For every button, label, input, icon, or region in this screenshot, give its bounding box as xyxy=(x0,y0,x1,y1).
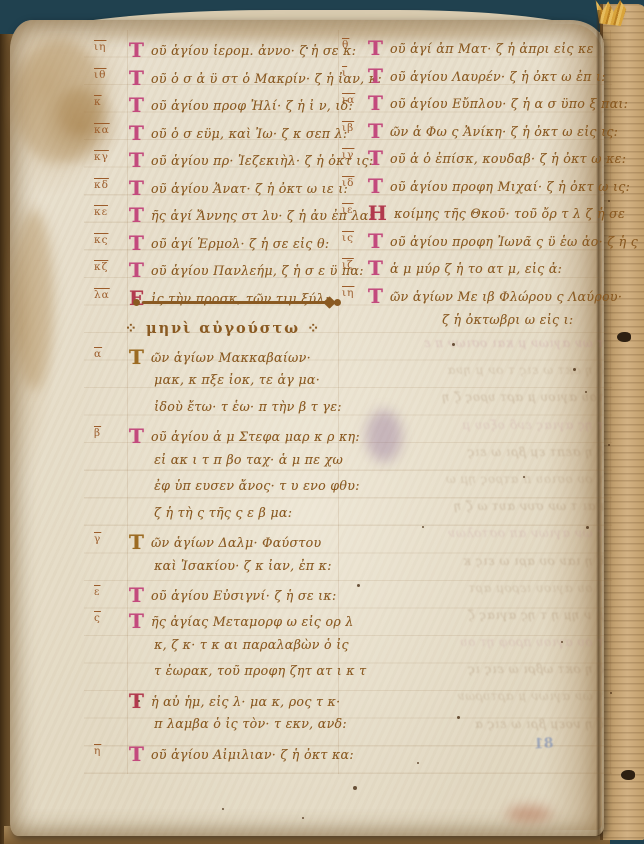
day-number: ιζ xyxy=(342,259,354,271)
page-number-showthrough: 81 xyxy=(534,736,554,753)
speck xyxy=(457,716,460,719)
day-number: λα xyxy=(94,289,110,301)
day-number: κ xyxy=(94,96,102,108)
day-number: ιη xyxy=(94,41,106,53)
day-number: ιδ xyxy=(342,177,354,189)
entry-initial: Τ xyxy=(368,36,383,60)
calendar-entry: η Τ οῦ ἁγίου Αἰμιλιαν· ζ ἡ ὀκτ κα: xyxy=(92,740,358,766)
entry-text: οῦ ὁ σ εϋμ, καὶ Ἰω· ζ κ σεπ λ: xyxy=(151,126,348,141)
calendar-column-august-right: θ Τ οῦ ἁγί ἀπ Ματ· ζ ἡ ἀπρι εἰς κε ι Τ ο… xyxy=(340,34,626,337)
showthrough-line: ζ η νοεμ βρι ω εις α xyxy=(352,717,604,744)
entry-initial: Τ xyxy=(368,229,383,253)
speck xyxy=(561,641,563,643)
speck xyxy=(585,391,587,393)
entry-initial: Τ xyxy=(129,530,144,554)
speck xyxy=(222,808,224,810)
day-number: ιβ xyxy=(342,122,354,134)
speck xyxy=(573,368,576,371)
day-number: θ xyxy=(342,39,349,51)
entry-initial: Τ xyxy=(129,121,144,145)
entry-initial: Τ xyxy=(368,146,383,170)
calendar-entry: ζ ἡ τὴ ς τῆς ς ε β μα: xyxy=(92,502,358,528)
showthrough-line: μ ν ημ η τ ης αγιας ζ xyxy=(352,608,604,635)
speck xyxy=(608,200,610,202)
entry-initial: Τ xyxy=(129,583,144,607)
calendar-entry: ιζ Τ ἁ μ μύρ ζ ἡ το ατ μ, εἰς ἀ: xyxy=(340,254,626,282)
showthrough-line: τ ου αγιου προφ ητ ου xyxy=(352,635,604,662)
calendar-entry: α Τ ῶν ἁγίων Μακκαβαίων· xyxy=(92,343,358,369)
calendar-entry: κ Τ οῦ ἁγίου προφ Ἠλί· ζ ἡ ἰ ν, ιδ: xyxy=(92,91,354,119)
entry-initial: Τ xyxy=(129,258,144,282)
entry-initial: Η xyxy=(368,201,387,225)
calendar-entry: ια Τ οῦ ἁγίου Εὔπλου· ζ ἡ α σ ϋπο ξ παι: xyxy=(340,89,626,117)
entry-text: οῦ ἁγίου Αἰμιλιαν· ζ ἡ ὀκτ κα: xyxy=(151,747,354,762)
entry-initial: Τ xyxy=(368,91,383,115)
entry-text: ῶν ἁγίων Μακκαβαίων· xyxy=(151,350,311,365)
entry-text: ζ ἡ τὴ ς τῆς ς ε β μα: xyxy=(154,505,292,520)
entry-text: οῦ ἁγίου προφη Μιχαί· ζ ἡ ὀκτ ω ις: xyxy=(390,179,630,194)
day-number: η xyxy=(94,745,101,757)
entry-text: οῦ ἁγίου ἱερομ. ἀννο· ζ ἡ σε κ: xyxy=(151,43,356,58)
entry-text: ζ ἡ ὀκτωβρι ω εἰς ι: xyxy=(442,312,573,327)
entry-initial: Τ xyxy=(129,148,144,172)
entry-text: ῆς ἁγίας Μεταμορφ ω εἰς ορ λ xyxy=(151,614,354,629)
showthrough-line: ζ η σεπτ εμ βρι ω εις xyxy=(352,445,604,472)
entry-text: ἐφ ὑπ ευσεν ἄνος· τ υ ενο φθυ: xyxy=(154,478,360,493)
showthrough-line: τ ων αγιων μ και οσιων π ε xyxy=(352,336,604,363)
calendar-entry: λα Ε ἰς τὴν προσκ, τῶν τιμ ξύλ: xyxy=(92,284,354,312)
showthrough-line: τ ου οσιου π ατρος ημ ω xyxy=(352,472,604,499)
calendar-entry: γ Τ ῶν ἁγίων Δαλμ· Φαύστου xyxy=(92,528,358,554)
entry-text: οῦ ἁγίου Πανλεήμ, ζ ἡ σ ε ϋ πα: xyxy=(151,263,364,278)
showthrough-line: ζ η οκτ ωβρι ω εις ις xyxy=(352,662,604,689)
entry-initial: Τ xyxy=(368,64,383,88)
day-number: ιη xyxy=(342,287,354,299)
stain xyxy=(506,806,552,822)
entry-text: π λαμβα ὁ ἰς τὸν· τ εκν, ανδ: xyxy=(154,716,347,731)
entry-text: οῦ ἁγί Ἑρμολ· ζ ἡ σε εἰς θ: xyxy=(151,236,329,251)
showthrough-line: τ ης αγιας ενδ οξου μ xyxy=(352,418,604,445)
stain xyxy=(14,210,54,390)
day-number: γ xyxy=(94,533,101,545)
day-number: ε xyxy=(94,586,100,598)
speck xyxy=(610,692,612,694)
speck xyxy=(608,444,610,446)
entry-text: οῦ ἁγίου ἀ μ Στεφα μαρ κ ρ κη: xyxy=(151,429,360,444)
entry-initial: Τ xyxy=(129,689,144,713)
entry-text: οῦ ἁ ὁ ἐπίσκ, κουδαβ· ζ ἡ ὀκτ ω κε: xyxy=(390,151,626,166)
calendar-entry: ιβ Τ ῶν ἁ Φω ς Ἀνίκη· ζ ἡ ὀκτ ω εἰς ις: xyxy=(340,117,626,145)
speck xyxy=(357,584,360,587)
calendar-entry: ε Τ οῦ ἁγίου Εὐσιγνί· ζ ἡ σε ικ: xyxy=(92,581,358,607)
showthrough-line: τ ων αγιων απ οστολων xyxy=(352,526,604,553)
calendar-entry: ιδ Τ οῦ ἁγίου προφη Μιχαί· ζ ἡ ὀκτ ω ις: xyxy=(340,172,626,200)
calendar-entry: τ ἑωρακ, τοῦ προφη ζητ ατ ι κ τ xyxy=(92,660,358,686)
day-number: κζ xyxy=(94,261,108,273)
calendar-entry: κδ Τ οῦ ἁγίου Ἀνατ· ζ ἡ ὀκτ ω ιε ι: xyxy=(92,174,354,202)
showthrough-line: του αγιου μ αρτ υρος ζ η xyxy=(352,390,604,417)
entry-initial: Τ xyxy=(129,93,144,117)
showthrough-line: τ ου αγιου ιερομ αρτ xyxy=(352,581,604,608)
verso-showthrough-text: τ ων αγιων μ και οσιων π εζ η οκτ ω εις … xyxy=(352,336,604,744)
entry-initial: Τ xyxy=(368,119,383,143)
day-number: ιθ xyxy=(94,69,106,81)
day-number: ι xyxy=(342,67,347,79)
divider-dot-left xyxy=(133,299,140,306)
day-number: κς xyxy=(94,234,108,246)
entry-text: εἰ ακ ι τ π βο ταχ· ἁ μ πε χω xyxy=(154,452,343,467)
entry-text: κοίμης τῆς Θκοῦ· τοῦ ὄρ τ λ ζ ἡ σε xyxy=(394,206,625,221)
calendar-entry: εἰ ακ ι τ π βο ταχ· ἁ μ πε χω xyxy=(92,449,358,475)
entry-initial: Τ xyxy=(368,256,383,280)
day-number: κε xyxy=(94,206,108,218)
calendar-entry: θ Τ οῦ ἁγί ἀπ Ματ· ζ ἡ ἀπρι εἰς κε xyxy=(340,34,626,62)
fore-edge-notch xyxy=(621,770,635,780)
month-heading: ⁘ μηνὶ αὐγούστω ⁘ xyxy=(92,320,354,337)
showthrough-line: ζ η οκτ ω εις τ ον μ ηνα xyxy=(352,363,604,390)
speck xyxy=(523,476,525,478)
day-number: ιγ xyxy=(342,149,354,161)
entry-text: οῦ ἁγίου προφ Ἠλί· ζ ἡ ἰ ν, ιδ: xyxy=(151,98,353,113)
day-number: α xyxy=(94,348,102,360)
entry-text: ἡ αὐ ἡμ, εἰς λ· μα κ, ρος τ κ· xyxy=(151,694,340,709)
entry-initial: Τ xyxy=(129,424,144,448)
calendar-entry: ς Τ ῆς ἁγίας Μεταμορφ ω εἰς ορ λ xyxy=(92,607,358,633)
entry-text: οῦ ἁγίου προφη Ἰωνᾶ ς ϋ ἑω ἀο· ζ ἡ ς xyxy=(390,234,638,249)
showthrough-line: και τ ων συν αυτ ω ζ η xyxy=(352,499,604,526)
calendar-entry: ις Τ οῦ ἁγίου προφη Ἰωνᾶ ς ϋ ἑω ἀο· ζ ἡ … xyxy=(340,227,626,255)
calendar-entry: ιθ Τ οῦ ὁ σ ἀ ϋ στ ὁ Μακρίν· ζ ἡ ἰαν, κ: xyxy=(92,64,354,92)
entry-text: ἁ μ μύρ ζ ἡ το ατ μ, εἰς ἀ: xyxy=(390,261,562,276)
speck xyxy=(306,47,308,49)
calendar-entry: ἐφ ὑπ ευσεν ἄνος· τ υ ενο φθυ: xyxy=(92,475,358,501)
entry-text: κ, ζ κ· τ κ αι παραλαβὼν ὁ ἰς xyxy=(154,637,349,652)
entry-text: οῦ ἁγί ἀπ Ματ· ζ ἡ ἀπρι εἰς κε xyxy=(390,41,594,56)
day-number: β xyxy=(94,427,101,439)
calendar-entry: κς Τ οῦ ἁγί Ἑρμολ· ζ ἡ σε εἰς θ: xyxy=(92,229,354,257)
day-number: ιε xyxy=(342,204,354,216)
entry-initial: Τ xyxy=(129,66,144,90)
entry-text: μακ, κ πξε ἰοκ, τε ἁγ μα· xyxy=(154,372,320,387)
entry-initial: Τ xyxy=(129,609,144,633)
calendar-entry: κ, ζ κ· τ κ αι παραλαβὼν ὁ ἰς xyxy=(92,634,358,660)
calendar-entry: ι Τ οῦ ἁγίου Λαυρέν· ζ ἡ ὀκτ ω ἐπ ι: xyxy=(340,62,626,90)
calendar-entry: κε Τ ῆς ἁγί Ἄννης στ λυ· ζ ἡ ἀυ ἐπ λα: xyxy=(92,201,354,229)
entry-text: ῶν ἁ Φω ς Ἀνίκη· ζ ἡ ὀκτ ω εἰς ις: xyxy=(390,124,618,139)
entry-initial: Τ xyxy=(129,203,144,227)
manuscript-photo: ιη Τ οῦ ἁγίου ἱερομ. ἀννο· ζ ἡ σε κ: ιθ … xyxy=(0,0,644,844)
calendar-entry: β Τ οῦ ἁγίου ἀ μ Στεφα μαρ κ ρ κη: xyxy=(92,422,358,448)
speck xyxy=(353,786,357,790)
calendar-entry: ιη Τ ῶν ἁγίων Με ιβ Φλώρου ς Λαύρου· xyxy=(340,282,626,310)
day-number: ς xyxy=(94,612,101,624)
day-number: κγ xyxy=(94,151,109,163)
entry-initial: Τ xyxy=(368,174,383,198)
calendar-entry: Τ ἡ αὐ ἡμ, εἰς λ· μα κ, ρος τ κ· xyxy=(92,687,358,713)
day-number: κα xyxy=(94,124,110,136)
calendar-entry: ἰδοὺ ἔτω· τ ἑω· π τὴν β τ γε: xyxy=(92,396,358,422)
calendar-entry: μακ, κ πξε ἰοκ, τε ἁγ μα· xyxy=(92,369,358,395)
section-divider xyxy=(142,301,332,304)
speck xyxy=(417,762,419,764)
entry-text: ῶν ἁγίων Με ιβ Φλώρου ς Λαύρου· xyxy=(390,289,622,304)
calendar-entry: καὶ Ἰσακίου· ζ κ ἰαν, ἐπ κ: xyxy=(92,555,358,581)
speck xyxy=(422,526,424,528)
calendar-column-august-left: α Τ ῶν ἁγίων Μακκαβαίων· μακ, κ πξε ἰοκ,… xyxy=(92,343,358,766)
day-number: ια xyxy=(342,94,355,106)
entry-initial: Ε xyxy=(129,286,144,310)
speck xyxy=(138,700,140,702)
calendar-entry: κα Τ οῦ ὁ σ εϋμ, καὶ Ἰω· ζ κ σεπ λ: xyxy=(92,119,354,147)
entry-initial: Τ xyxy=(129,38,144,62)
entry-text: τ ἑωρακ, τοῦ προφη ζητ ατ ι κ τ xyxy=(154,663,366,678)
entry-initial: Τ xyxy=(368,284,383,308)
calendar-entry: ιγ Τ οῦ ἁ ὁ ἐπίσκ, κουδαβ· ζ ἡ ὀκτ ω κε: xyxy=(340,144,626,172)
calendar-entry: π λαμβα ὁ ἰς τὸν· τ εκν, ανδ: xyxy=(92,713,358,739)
calendar-entry: ιε Η κοίμης τῆς Θκοῦ· τοῦ ὄρ τ λ ζ ἡ σε xyxy=(340,199,626,227)
entry-text: οῦ ἁγίου Λαυρέν· ζ ἡ ὀκτ ω ἐπ ι: xyxy=(390,69,606,84)
day-number: κδ xyxy=(94,179,109,191)
entry-initial: Τ xyxy=(129,345,144,369)
speck xyxy=(452,343,455,346)
entry-text: καὶ Ἰσακίου· ζ κ ἰαν, ἐπ κ: xyxy=(154,558,332,573)
showthrough-line: ζ η ιαν ου αρι ω εις κ xyxy=(352,554,604,581)
day-number: ις xyxy=(342,232,354,244)
entry-initial: Τ xyxy=(129,231,144,255)
calendar-entry: ζ ἡ ὀκτωβρι ω εἰς ι: xyxy=(340,309,626,337)
calendar-entry: κγ Τ οῦ ἁγίου πρ· Ἰεζεκιὴλ· ζ ἡ ὀκτ ις: xyxy=(92,146,354,174)
showthrough-line: τ ων αγιων μ αρτυρων xyxy=(352,689,604,716)
entry-initial: Τ xyxy=(129,176,144,200)
entry-text: οῦ ἁγίου Εὐσιγνί· ζ ἡ σε ικ: xyxy=(151,588,337,603)
calendar-column-july: ιη Τ οῦ ἁγίου ἱερομ. ἀννο· ζ ἡ σε κ: ιθ … xyxy=(92,36,354,311)
entry-text: οῦ ἁγίου Εὔπλου· ζ ἡ α σ ϋπο ξ παι: xyxy=(390,96,628,111)
entry-text: οῦ ἁγίου Ἀνατ· ζ ἡ ὀκτ ω ιε ι: xyxy=(151,181,348,196)
entry-text: ἰδοὺ ἔτω· τ ἑω· π τὴν β τ γε: xyxy=(154,399,342,414)
entry-text: ῶν ἁγίων Δαλμ· Φαύστου xyxy=(151,535,322,550)
speck xyxy=(586,526,589,529)
entry-initial: Τ xyxy=(129,742,144,766)
calendar-entry: κζ Τ οῦ ἁγίου Πανλεήμ, ζ ἡ σ ε ϋ πα: xyxy=(92,256,354,284)
speck xyxy=(302,817,304,819)
calendar-entry: ιη Τ οῦ ἁγίου ἱερομ. ἀννο· ζ ἡ σε κ: xyxy=(92,36,354,64)
